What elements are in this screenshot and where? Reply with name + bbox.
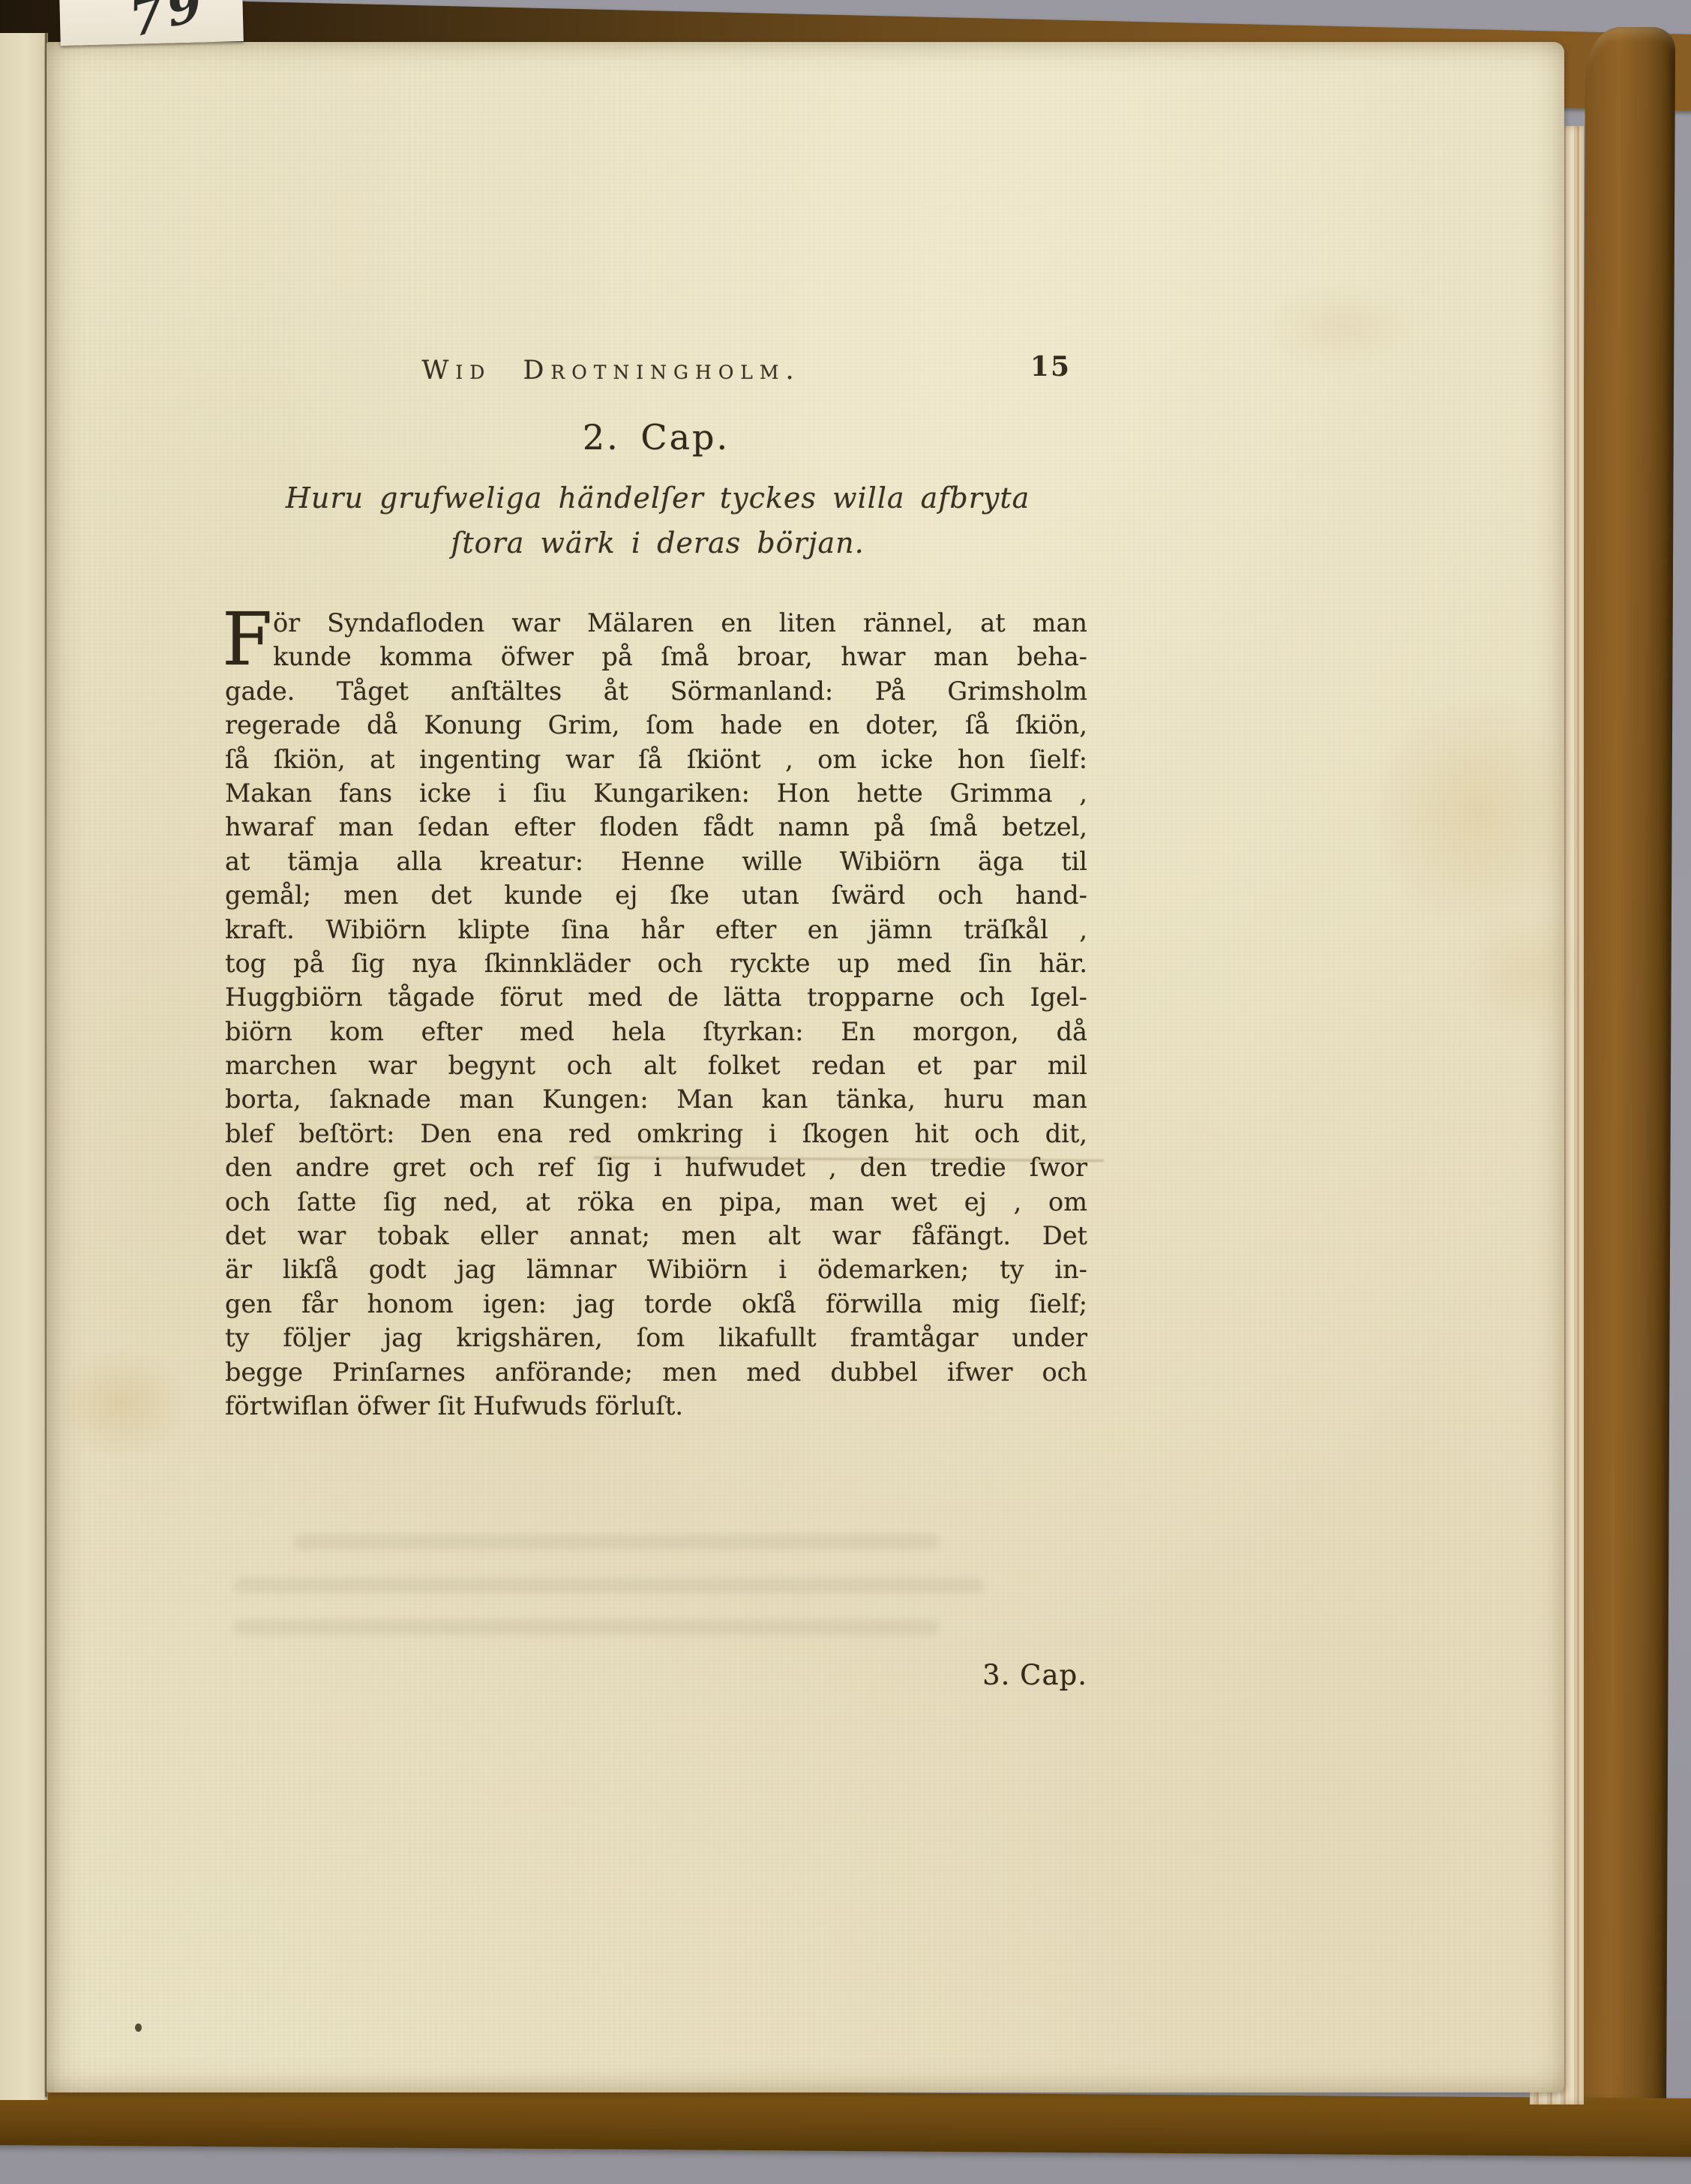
archive-label-number: 79 — [125, 0, 209, 46]
page-number: 15 — [1030, 351, 1071, 382]
body-line: borta, ſaknade man Kungen: Man kan tänka… — [225, 1082, 1087, 1116]
body-line: Makan fans icke i ſiu Kungariken: Hon he… — [225, 776, 1087, 810]
body-line: Huggbiörn tågade förut med de lätta trop… — [225, 980, 1087, 1014]
body-line: ſå ſkiön, at ingenting war ſå ſkiönt , o… — [225, 742, 1087, 776]
paper-stain — [1456, 904, 1599, 1039]
paper-stain — [54, 1347, 189, 1459]
body-line: ty följer jag krigshären, ſom likafullt … — [225, 1321, 1087, 1354]
body-line: tog på ſig nya ſkinnkläder och ryckte up… — [225, 946, 1087, 980]
previous-page-sliver — [0, 33, 48, 2100]
archive-label-sticker: 79 — [59, 0, 244, 46]
body-line: blef beſtört: Den ena red omkring i ſkog… — [225, 1117, 1087, 1150]
body-line: gemål; men det kunde ej ſke utan ſwärd o… — [225, 878, 1087, 912]
body-line: at tämja alla kreatur: Henne wille Wibiö… — [225, 844, 1087, 878]
running-title: Wid Drotningholm. — [225, 355, 1087, 385]
ink-showthrough — [234, 1578, 984, 1593]
chapter-subtitle-line1: Huru grufweliga händelſer tyckes willa a… — [196, 481, 1119, 514]
ink-showthrough — [294, 1534, 939, 1549]
body-line: regerade då Konung Grim, ſom hade en dot… — [225, 708, 1087, 742]
body-line: gade. Tåget anſtältes åt Sörmanland: På … — [225, 674, 1087, 708]
body-line: ör Syndafloden war Mälaren en liten ränn… — [225, 606, 1087, 640]
body-line: kunde komma öfwer på ſmå broar, hwar man… — [225, 640, 1087, 673]
body-line: är likſå godt jag lämnar Wibiörn i ödema… — [225, 1252, 1087, 1286]
body-line: begge Prinſarnes anförande; men med dubb… — [225, 1355, 1087, 1389]
body-line: kraft. Wibiörn klipte ſina hår efter en … — [225, 913, 1087, 946]
scanned-book-spread: Wid Drotningholm. 15 2. Cap. Huru grufwe… — [0, 0, 1691, 2184]
body-line: hwaraf man ſedan efter floden fådt namn … — [225, 810, 1087, 844]
chapter-heading: 2. Cap. — [225, 417, 1087, 457]
chapter-subtitle-line2: ſtora wärk i deras början. — [196, 526, 1119, 559]
body-line: förtwiflan öfwer ſit Hufwuds förluſt. — [225, 1389, 1087, 1423]
body-line: gen får honom igen: jag torde okſå förwi… — [225, 1287, 1087, 1321]
ink-showthrough — [234, 1620, 939, 1635]
book-page: Wid Drotningholm. 15 2. Cap. Huru grufwe… — [46, 42, 1564, 2092]
paper-stain — [1366, 687, 1591, 934]
book-cover-right-edge — [1576, 27, 1675, 2134]
body-line: marchen war begynt och alt folket redan … — [225, 1048, 1087, 1082]
body-paragraph: F ör Syndafloden war Mälaren en liten rä… — [225, 606, 1087, 1423]
book-cover-bottom-edge — [0, 2086, 1691, 2157]
catchword: 3. Cap. — [225, 1659, 1087, 1691]
drop-cap: F — [222, 607, 272, 672]
paper-stain — [1261, 282, 1426, 372]
body-line: biörn kom efter med hela ſtyrkan: En mor… — [225, 1015, 1087, 1048]
body-line: det war tobak eller annat; men alt war f… — [225, 1219, 1087, 1252]
body-line: och ſatte ſig ned, at röka en pipa, man … — [225, 1185, 1087, 1219]
running-head: Wid Drotningholm. 15 — [225, 355, 1087, 393]
body-line: den andre gret och ref ſig i hufwudet , … — [225, 1150, 1087, 1184]
ink-spot — [135, 2023, 142, 2032]
